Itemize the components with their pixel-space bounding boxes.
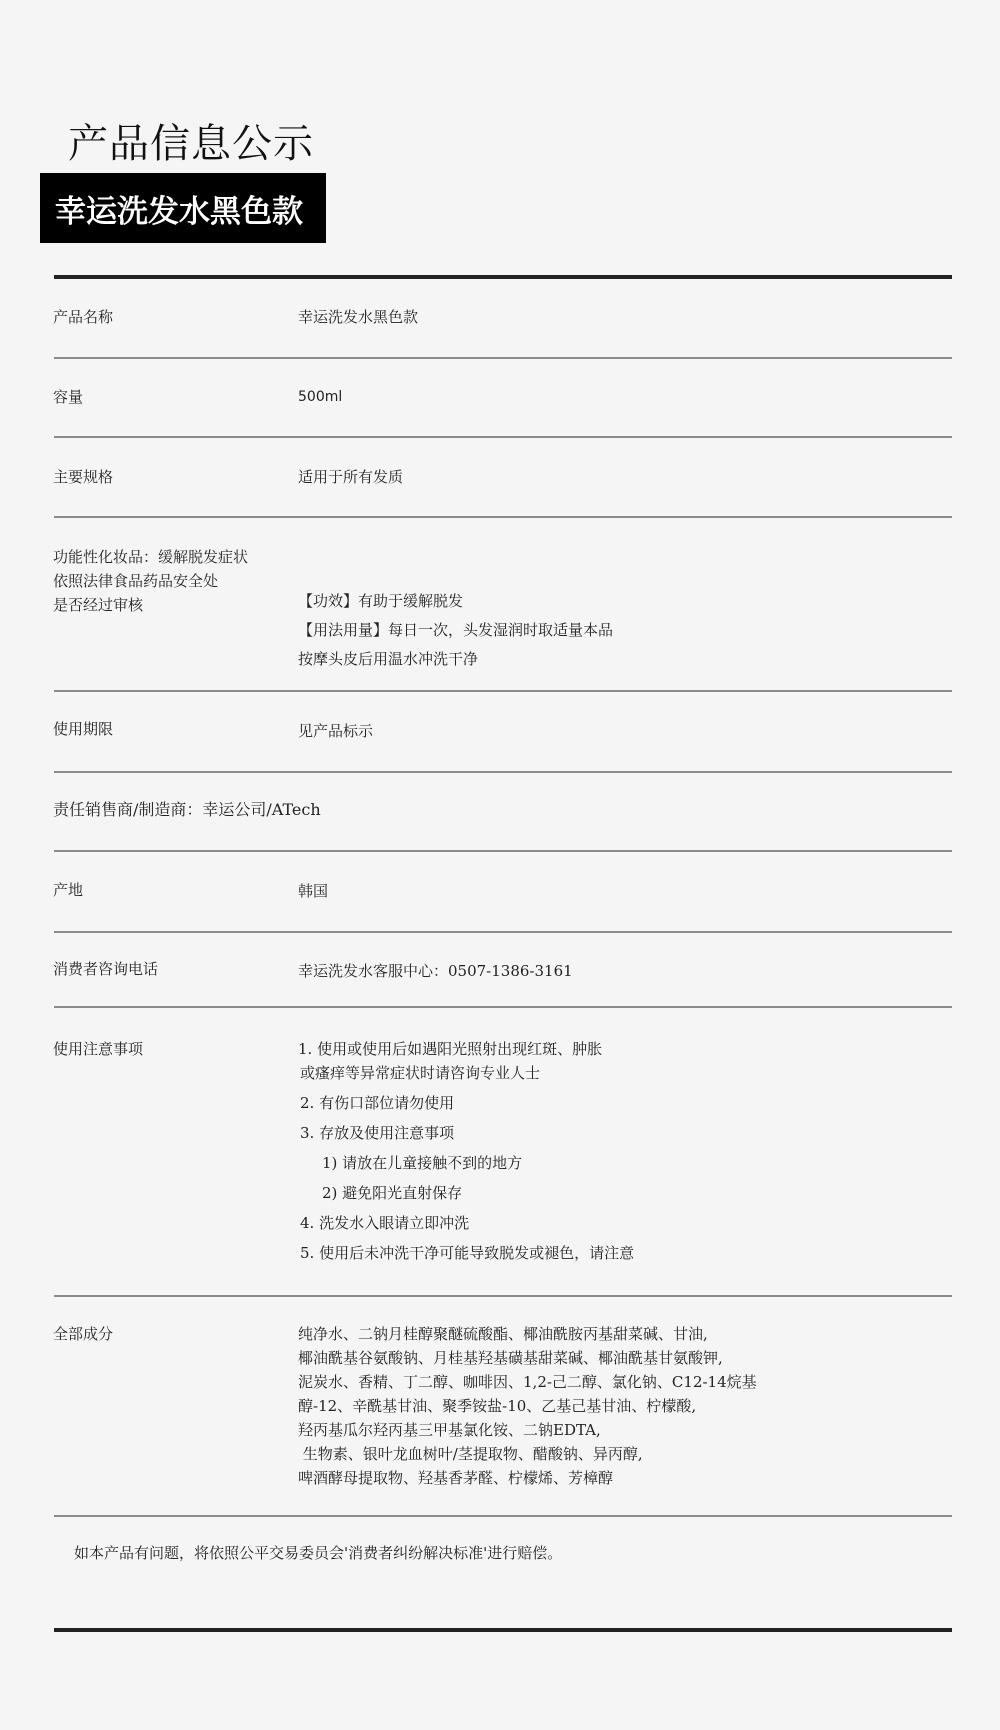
label-functional-cosmetic: 功能性化妆品：缓解脱发症状 依照法律食品药品安全处 是否经过审核 [53,545,248,617]
value-expiry: 见产品标示 [298,719,373,743]
page-title: 产品信息公示 [68,112,314,169]
value-main-spec: 适用于所有发质 [298,465,403,489]
precaution-item: 4. 洗发水入眼请立即冲洗 [298,1211,634,1241]
ingredients-list: 纯净水、二钠月桂醇聚醚硫酸酯、椰油酰胺丙基甜菜碱、甘油, 椰油酰基谷氨酸钠、月桂… [298,1322,757,1490]
ingredients-line: 椰油酰基谷氨酸钠、月桂基羟基磺基甜菜碱、椰油酰基甘氨酸钾, [298,1346,757,1370]
ingredients-line: 纯净水、二钠月桂醇聚醚硫酸酯、椰油酰胺丙基甜菜碱、甘油, [298,1322,757,1346]
value-origin: 韩国 [298,879,328,903]
compensation-note: 如本产品有问题，将依照公平交易委员会'消费者纠纷解决标准'进行赔偿。 [74,1541,562,1565]
divider [54,771,952,773]
label-line: 依照法律食品药品安全处 [53,569,248,593]
divider [54,690,952,692]
divider [54,1006,952,1008]
value-consumer-hotline: 幸运洗发水客服中心：0507-1386-3161 [298,959,573,983]
label-product-name: 产品名称 [53,305,113,329]
precautions-list: 1. 使用或使用后如遇阳光照射出现红斑、肿胀 或瘙痒等异常症状时请咨询专业人士 … [298,1037,634,1271]
value-product-name: 幸运洗发水黑色款 [298,305,418,329]
precaution-item: 2. 有伤口部位请勿使用 [298,1091,634,1121]
label-consumer-hotline: 消费者咨询电话 [53,957,158,981]
precaution-item: 或瘙痒等异常症状时请咨询专业人士 [298,1061,634,1091]
product-name-banner: 幸运洗发水黑色款 [40,173,326,243]
divider [54,357,952,359]
efficacy-line: 【功效】有助于缓解脱发 [298,587,613,616]
label-precautions: 使用注意事项 [53,1037,143,1061]
divider [54,931,952,933]
ingredients-line: 醇-12、辛酰基甘油、聚季铵盐-10、乙基己基甘油、柠檬酸, [298,1394,757,1418]
precaution-subitem: 2) 避免阳光直射保存 [298,1181,634,1211]
divider [54,436,952,438]
ingredients-line: 泥炭水、香精、丁二醇、咖啡因、1,2-己二醇、氯化钠、C12-14烷基 [298,1370,757,1394]
label-ingredients: 全部成分 [53,1322,113,1346]
divider [54,1515,952,1517]
ingredients-line: 生物素、银叶龙血树叶/茎提取物、醋酸钠、异丙醇, [298,1442,757,1466]
precaution-item: 1. 使用或使用后如遇阳光照射出现红斑、肿胀 [298,1037,634,1061]
label-origin: 产地 [53,878,83,902]
divider-top [54,275,952,279]
value-functional-cosmetic: 【功效】有助于缓解脱发 【用法用量】每日一次，头发湿润时取适量本品 按摩头皮后用… [298,587,613,674]
usage-line-2: 按摩头皮后用温水冲洗干净 [298,645,613,674]
manufacturer-info: 责任销售商/制造商：幸运公司/ATech [53,798,321,822]
ingredients-line: 啤酒酵母提取物、羟基香茅醛、柠檬烯、芳樟醇 [298,1466,757,1490]
precaution-subitem: 1) 请放在儿童接触不到的地方 [298,1151,634,1181]
divider [54,850,952,852]
label-expiry: 使用期限 [53,717,113,741]
ingredients-line: 羟丙基瓜尔羟丙基三甲基氯化铵、二钠EDTA, [298,1418,757,1442]
label-capacity: 容量 [53,385,83,409]
value-capacity: 500ml [298,385,342,409]
label-line: 功能性化妆品：缓解脱发症状 [53,545,248,569]
precaution-item: 3. 存放及使用注意事项 [298,1121,634,1151]
usage-line: 【用法用量】每日一次，头发湿润时取适量本品 [298,616,613,645]
divider [54,516,952,518]
divider [54,1295,952,1297]
label-main-spec: 主要规格 [53,465,113,489]
precaution-item: 5. 使用后未冲洗干净可能导致脱发或褪色，请注意 [298,1241,634,1271]
label-line: 是否经过审核 [53,593,248,617]
divider-bottom [54,1628,952,1632]
product-name-banner-text: 幸运洗发水黑色款 [55,186,303,231]
